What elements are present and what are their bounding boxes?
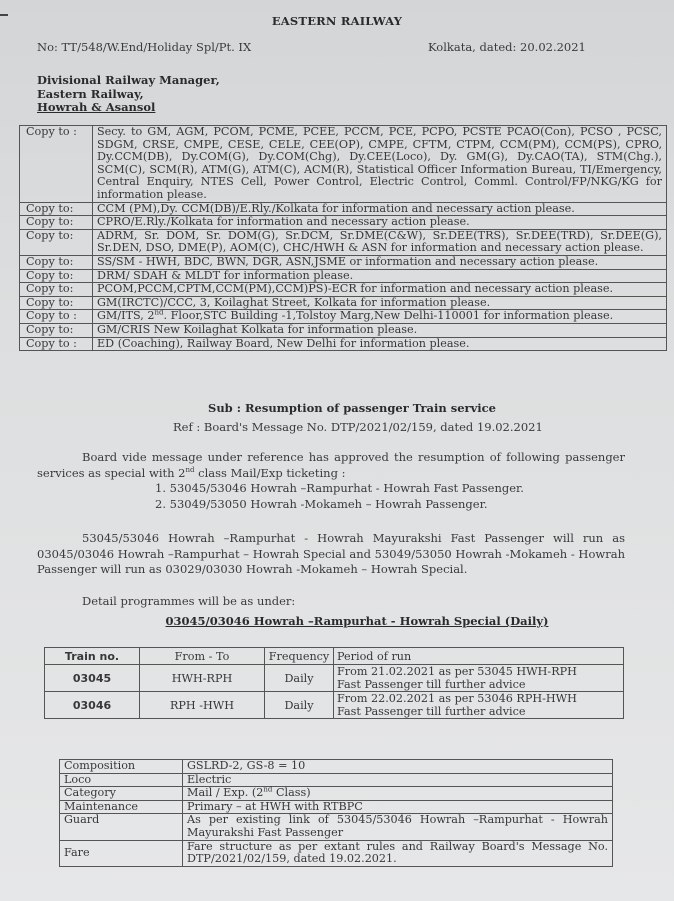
detail-value: Fare structure as per extant rules and R… xyxy=(183,840,613,866)
organization-heading: EASTERN RAILWAY xyxy=(0,14,674,28)
detail-key: Guard xyxy=(60,814,183,840)
table-row: Copy to : GM/ITS, 2nd. Floor,STC Buildin… xyxy=(20,310,667,324)
place-date: Kolkata, dated: 20.02.2021 xyxy=(428,40,586,54)
table-row: Copy to: ADRM, Sr. DOM, Sr. DOM(G), Sr.D… xyxy=(20,229,667,255)
from-to: RPH -HWH xyxy=(140,692,265,719)
copy-label: Copy to: xyxy=(20,269,93,283)
copy-to-table: Copy to : Secy. to GM, AGM, PCOM, PCME, … xyxy=(19,125,667,351)
letter-number: No: TT/548/W.End/Holiday Spl/Pt. IX xyxy=(37,40,251,54)
column-header: From - To xyxy=(140,648,265,665)
table-row: Loco Electric xyxy=(60,773,613,787)
table-row: Maintenance Primary – at HWH with RTBPC xyxy=(60,800,613,814)
copy-recipients: ED (Coaching), Railway Board, New Delhi … xyxy=(93,337,667,351)
copy-label: Copy to: xyxy=(20,255,93,269)
body-paragraph-3: Detail programmes will be as under: xyxy=(82,594,295,610)
detail-key: Loco xyxy=(60,773,183,787)
run-schedule-table: Train no. From - To Frequency Period of … xyxy=(44,647,624,719)
copy-label: Copy to: xyxy=(20,216,93,230)
copy-recipients: GM/ITS, 2nd. Floor,STC Building -1,Tolst… xyxy=(93,310,667,324)
table-row: Copy to : Secy. to GM, AGM, PCOM, PCME, … xyxy=(20,126,667,203)
from-to: HWH-RPH xyxy=(140,665,265,692)
copy-label: Copy to : xyxy=(20,310,93,324)
addressee-line: Divisional Railway Manager, xyxy=(37,74,220,88)
copy-label: Copy to : xyxy=(20,126,93,203)
copy-recipients: CPRO/E.Rly./Kolkata for information and … xyxy=(93,216,667,230)
copy-label: Copy to: xyxy=(20,323,93,337)
table-row: Copy to: GM/CRIS New Koilaghat Kolkata f… xyxy=(20,323,667,337)
table-header-row: Train no. From - To Frequency Period of … xyxy=(45,648,624,665)
copy-recipients: PCOM,PCCM,CPTM,CCM(PM),CCM)PS)-ECR for i… xyxy=(93,283,667,297)
table-row: 03046 RPH -HWH Daily From 22.02.2021 as … xyxy=(45,692,624,719)
column-header: Period of run xyxy=(334,648,624,665)
table-row: Category Mail / Exp. (2nd Class) xyxy=(60,787,613,801)
list-item: 2. 53049/53050 Howrah -Mokameh – Howrah … xyxy=(155,497,524,513)
table-row: Copy to: SS/SM - HWH, BDC, BWN, DGR, ASN… xyxy=(20,255,667,269)
table-row: 03045 HWH-RPH Daily From 21.02.2021 as p… xyxy=(45,665,624,692)
body-paragraph-2: 53045/53046 Howrah –Rampurhat - Howrah M… xyxy=(37,531,625,578)
train-number: 03045 xyxy=(45,665,140,692)
addressee-block: Divisional Railway Manager, Eastern Rail… xyxy=(37,74,220,115)
detail-key: Fare xyxy=(60,840,183,866)
copy-recipients: Secy. to GM, AGM, PCOM, PCME, PCEE, PCCM… xyxy=(93,126,667,203)
schedule-title: 03045/03046 Howrah –Rampurhat - Howrah S… xyxy=(0,614,674,628)
list-item: 1. 53045/53046 Howrah –Rampurhat - Howra… xyxy=(155,481,524,497)
table-row: Copy to: DRM/ SDAH & MLDT for informatio… xyxy=(20,269,667,283)
detail-value: Primary – at HWH with RTBPC xyxy=(183,800,613,814)
table-row: Fare Fare structure as per extant rules … xyxy=(60,840,613,866)
detail-value: Mail / Exp. (2nd Class) xyxy=(183,787,613,801)
train-number: 03046 xyxy=(45,692,140,719)
copy-recipients: GM(IRCTC)/CCC, 3, Koilaghat Street, Kolk… xyxy=(93,296,667,310)
copy-recipients: GM/CRIS New Koilaghat Kolkata for inform… xyxy=(93,323,667,337)
reference-line: Ref : Board's Message No. DTP/2021/02/15… xyxy=(173,420,543,434)
detail-value: Electric xyxy=(183,773,613,787)
table-row: Copy to: PCOM,PCCM,CPTM,CCM(PM),CCM)PS)-… xyxy=(20,283,667,297)
detail-value: As per existing link of 53045/53046 Howr… xyxy=(183,814,613,840)
frequency: Daily xyxy=(265,692,334,719)
table-row: Copy to: CPRO/E.Rly./Kolkata for informa… xyxy=(20,216,667,230)
table-row: Composition GSLRD-2, GS-8 = 10 xyxy=(60,760,613,774)
period-of-run: From 22.02.2021 as per 53046 RPH-HWHFast… xyxy=(334,692,624,719)
copy-label: Copy to : xyxy=(20,337,93,351)
column-header: Train no. xyxy=(45,648,140,665)
copy-recipients: DRM/ SDAH & MLDT for information please. xyxy=(93,269,667,283)
detail-value: GSLRD-2, GS-8 = 10 xyxy=(183,760,613,774)
table-row: Copy to: GM(IRCTC)/CCC, 3, Koilaghat Str… xyxy=(20,296,667,310)
column-header: Frequency xyxy=(265,648,334,665)
addressee-line: Eastern Railway, xyxy=(37,88,220,102)
train-details-table: Composition GSLRD-2, GS-8 = 10 Loco Elec… xyxy=(59,759,613,867)
copy-recipients: CCM (PM),Dy. CCM(DB)/E.Rly./Kolkata for … xyxy=(93,202,667,216)
table-row: Copy to: CCM (PM),Dy. CCM(DB)/E.Rly./Kol… xyxy=(20,202,667,216)
body-paragraph-1: Board vide message under reference has a… xyxy=(37,450,625,481)
frequency: Daily xyxy=(265,665,334,692)
detail-key: Composition xyxy=(60,760,183,774)
copy-label: Copy to: xyxy=(20,229,93,255)
copy-label: Copy to: xyxy=(20,202,93,216)
detail-key: Maintenance xyxy=(60,800,183,814)
copy-label: Copy to: xyxy=(20,283,93,297)
copy-recipients: ADRM, Sr. DOM, Sr. DOM(G), Sr.DCM, Sr.DM… xyxy=(93,229,667,255)
addressee-line: Howrah & Asansol xyxy=(37,101,220,115)
copy-label: Copy to: xyxy=(20,296,93,310)
detail-key: Category xyxy=(60,787,183,801)
train-list: 1. 53045/53046 Howrah –Rampurhat - Howra… xyxy=(155,481,524,512)
table-row: Copy to : ED (Coaching), Railway Board, … xyxy=(20,337,667,351)
period-of-run: From 21.02.2021 as per 53045 HWH-RPHFast… xyxy=(334,665,624,692)
subject-line: Sub : Resumption of passenger Train serv… xyxy=(0,401,674,415)
copy-recipients: SS/SM - HWH, BDC, BWN, DGR, ASN,JSME or … xyxy=(93,255,667,269)
table-row: Guard As per existing link of 53045/5304… xyxy=(60,814,613,840)
